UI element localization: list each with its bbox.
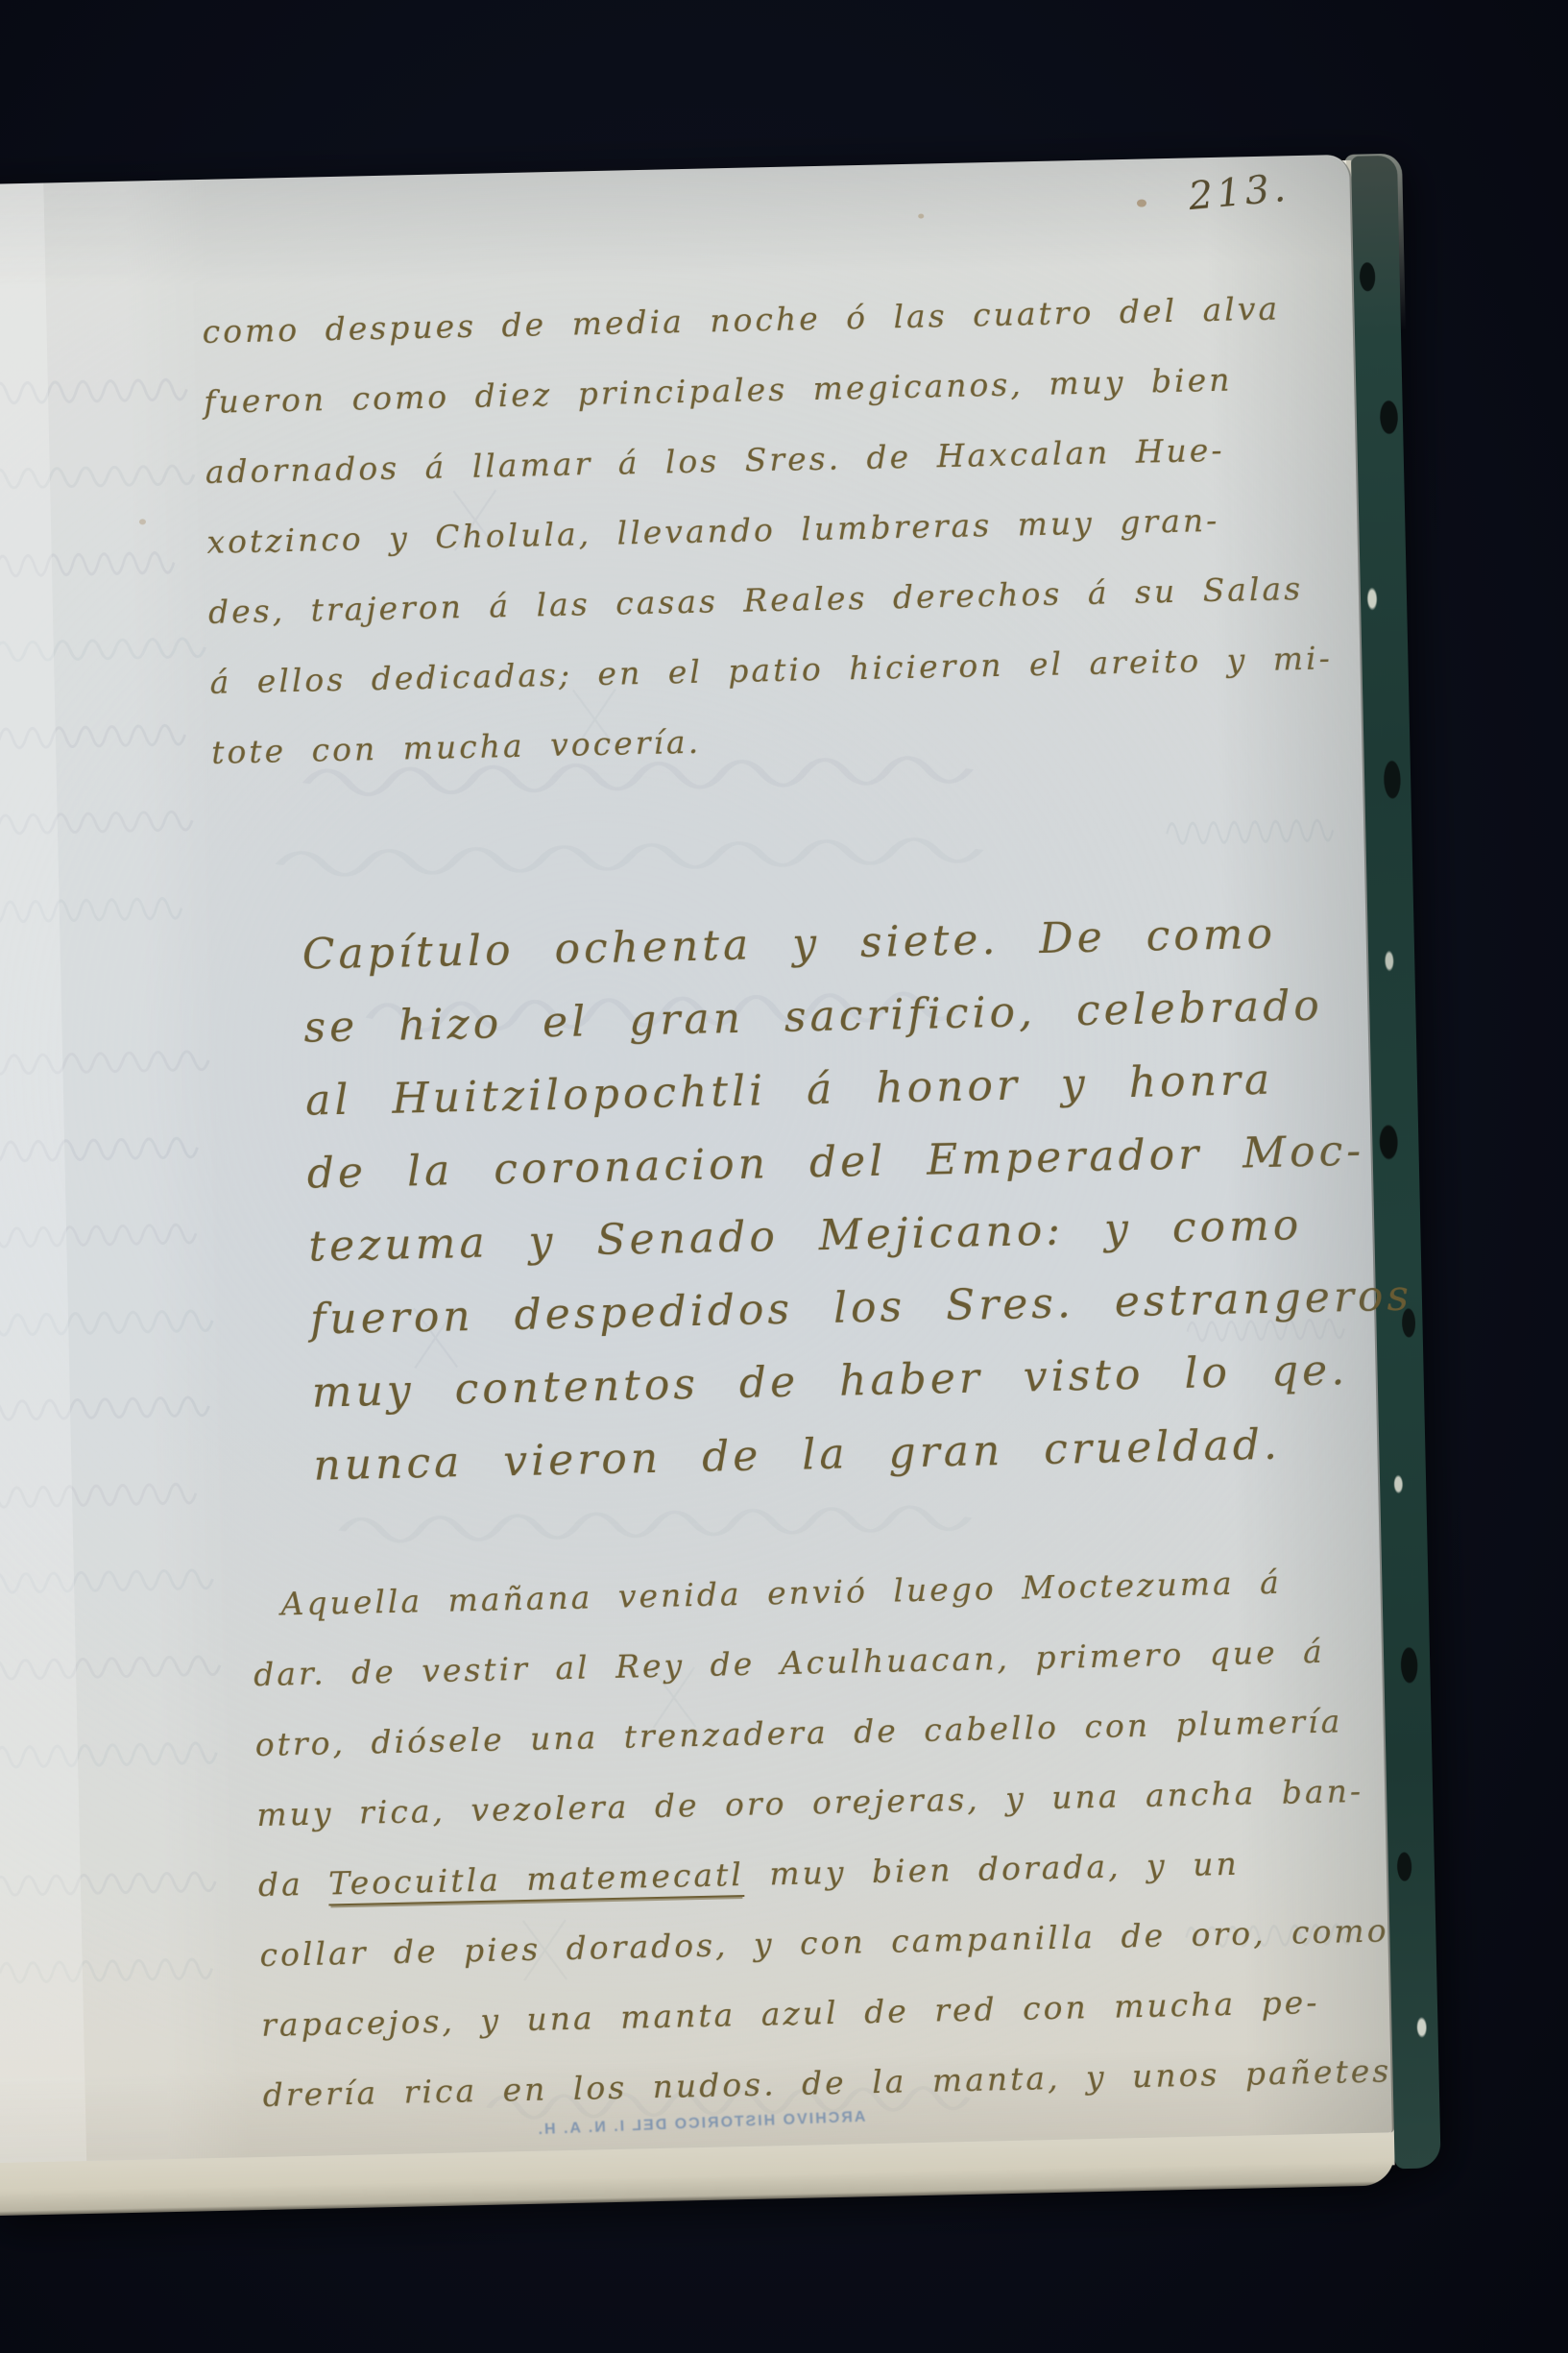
photograph-background: 213. como despues de media noche ó las c… xyxy=(0,0,1568,2353)
stain-speck xyxy=(1137,199,1146,206)
manuscript-page: 213. como despues de media noche ó las c… xyxy=(0,155,1394,2163)
stain-speck xyxy=(918,214,924,219)
body-paragraph: Aquella mañana venida envió luego Moctez… xyxy=(252,1544,1393,2130)
line-prefix: da xyxy=(258,1864,329,1904)
line-suffix: muy bien dorada, y un xyxy=(743,1845,1240,1893)
opening-paragraph: como despues de media noche ó las cuatro… xyxy=(202,272,1335,787)
page-number: 213. xyxy=(1187,166,1291,219)
stain-speck xyxy=(139,519,146,524)
manuscript-book: 213. como despues de media noche ó las c… xyxy=(0,154,1446,2217)
underlined-nahuatl-term: Teocuitla matemecatl xyxy=(328,1856,745,1905)
chapter-heading: Capítulo ochenta y siete. De como se hiz… xyxy=(302,895,1416,1503)
